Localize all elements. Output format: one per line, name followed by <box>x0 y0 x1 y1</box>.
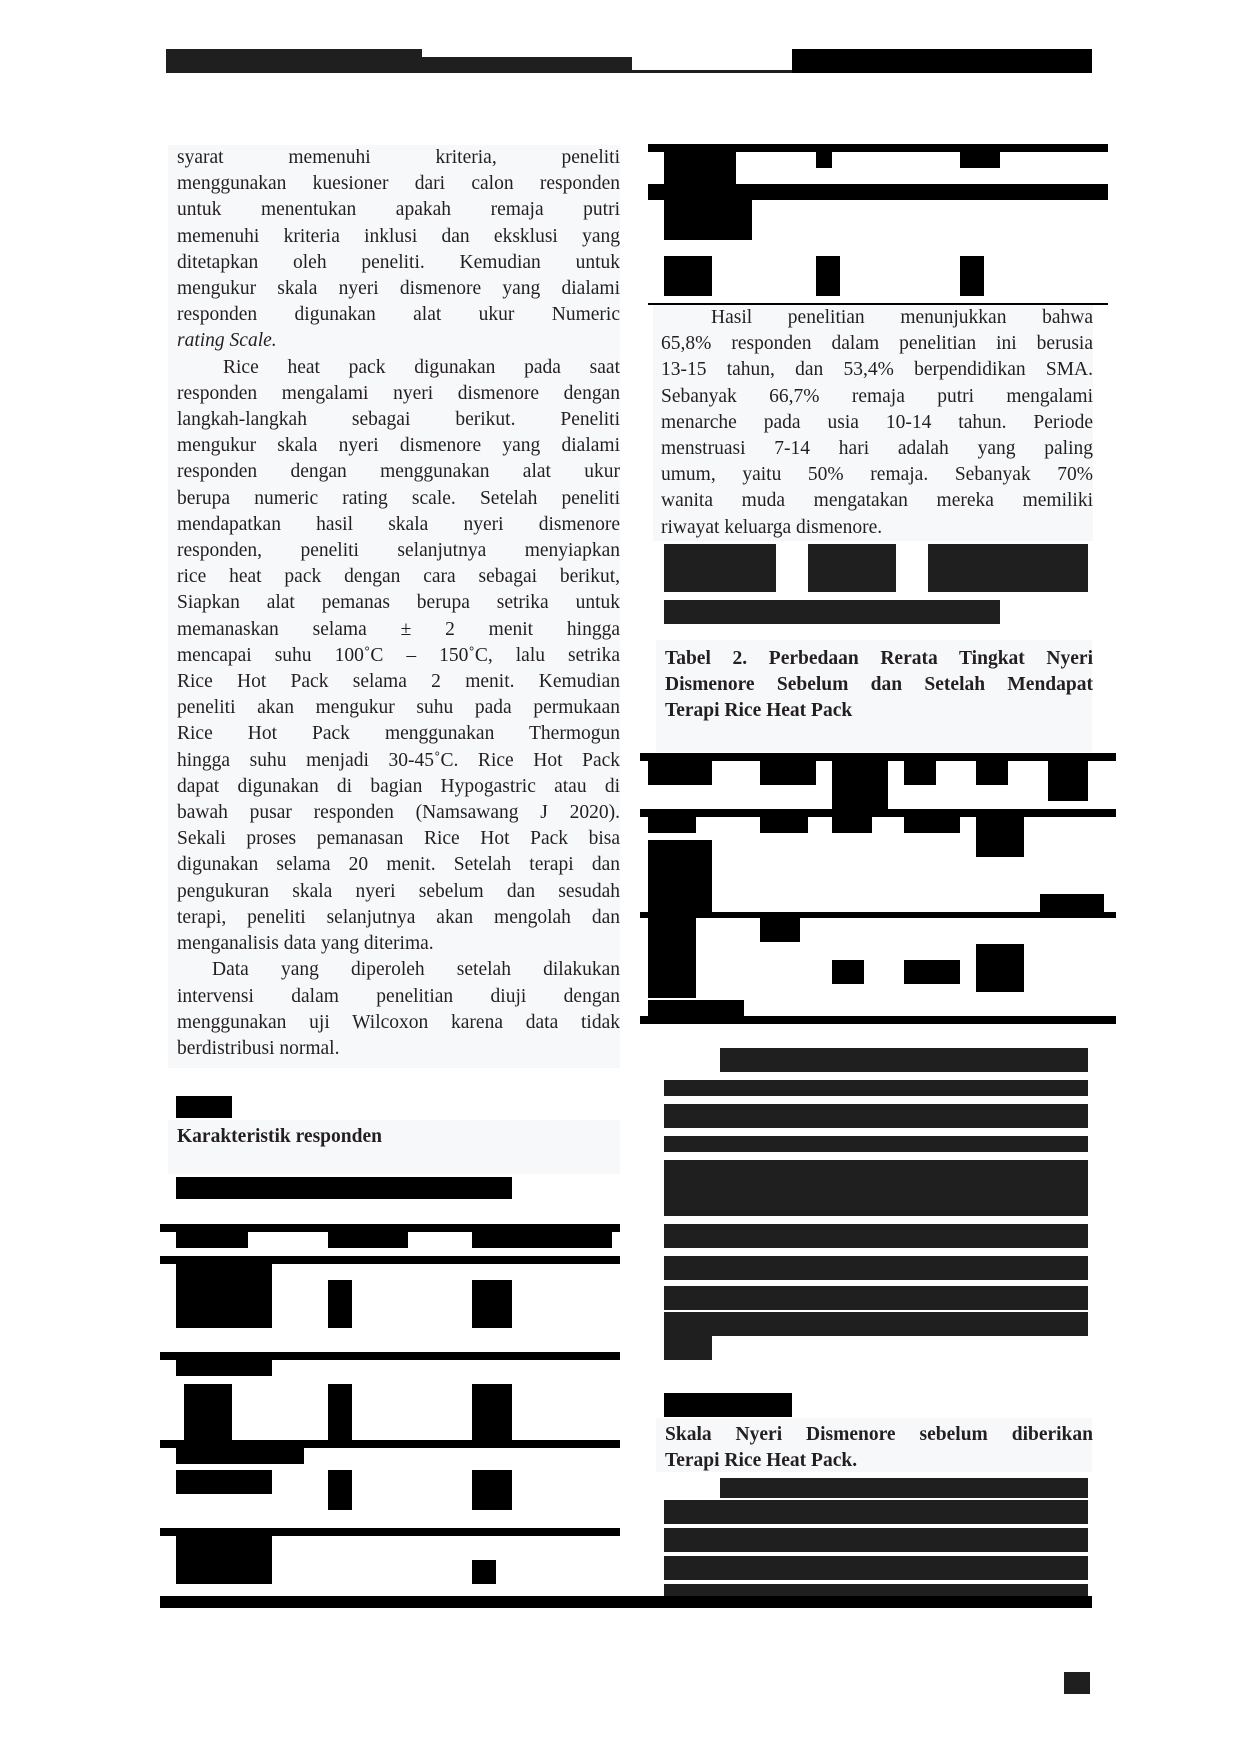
table-top-val-2 <box>960 256 984 296</box>
subheading-skala-nyeri: Skala Nyeri Dismenore sebelum diberikan … <box>665 1422 1093 1474</box>
table-top-rule <box>648 144 1108 152</box>
table-2-r1e <box>976 817 1024 857</box>
table-2-h2 <box>760 761 816 785</box>
redacted-para-line-2 <box>664 1080 1088 1096</box>
table-2-top-rule <box>640 753 1116 761</box>
table-1-header-col2 <box>328 1232 408 1248</box>
paragraph-methods-2: Rice heat pack digunakan pada saat respo… <box>177 355 620 958</box>
table-1-row3-label <box>176 1448 304 1464</box>
redacted-para-2-line-5 <box>664 1584 1088 1596</box>
redacted-para-2-line-1 <box>720 1478 1088 1498</box>
redacted-para-line-6 <box>664 1184 1088 1216</box>
table-2-r3d <box>904 960 960 984</box>
table-2-r1d <box>904 817 960 833</box>
table-2-bottom-rule <box>640 1016 1116 1024</box>
results-heading-redacted <box>176 1096 232 1118</box>
header-left-redacted-2 <box>422 57 632 73</box>
table-2-h4 <box>904 761 936 785</box>
table-2-r1c <box>832 817 872 833</box>
table-2-h6 <box>1048 761 1088 801</box>
table-1-row3-val2 <box>472 1470 512 1510</box>
table-top-cell-c <box>960 152 1000 168</box>
table-1-bottom-rule <box>160 1596 1092 1608</box>
redacted-para-line-1 <box>720 1048 1088 1072</box>
table-1-row1-val1 <box>328 1280 352 1328</box>
table-top-row-label-2 <box>664 256 712 296</box>
redacted-text-line-1c <box>928 544 1088 592</box>
table-1-row4-label <box>176 1536 272 1584</box>
table-2-h1 <box>648 761 712 785</box>
page-number-redacted <box>1064 1672 1090 1694</box>
table-1-caption-redacted <box>176 1177 512 1199</box>
redacted-para-2-line-2 <box>664 1500 1088 1524</box>
table-1-top-rule <box>160 1224 620 1232</box>
table-2-h3 <box>832 761 888 809</box>
table-1-row4-val2 <box>472 1560 496 1584</box>
redacted-para-line-7 <box>664 1224 1088 1248</box>
table-2-r4-label <box>648 1000 744 1016</box>
results-paragraph: Hasil penelitian menunjukkan bahwa 65,8%… <box>653 305 1093 541</box>
table-1-header-col3 <box>472 1232 612 1248</box>
table-1-row2-label <box>176 1360 272 1376</box>
redacted-text-line-1a <box>664 544 776 592</box>
redacted-para-line-9 <box>664 1286 1088 1310</box>
paragraph-methods-1: syarat memenuhi kriteria, peneliti mengg… <box>177 145 620 355</box>
redacted-text-line-2 <box>664 600 1000 624</box>
table-1-row3-val1 <box>328 1470 352 1510</box>
table-top-val-1 <box>816 256 840 296</box>
table-top-cell-b <box>816 152 832 168</box>
table-1-header-col1 <box>176 1232 248 1248</box>
header-underline <box>632 70 792 73</box>
table-1-row-rule-3 <box>160 1528 620 1536</box>
table-2-r3-label <box>648 918 696 998</box>
paragraph-methods-3: Data yang diperoleh setelah dilakukan in… <box>177 957 620 1062</box>
table-2-h5 <box>976 761 1008 785</box>
redacted-para-2-line-3 <box>664 1528 1088 1552</box>
left-column-body: syarat memenuhi kriteria, peneliti mengg… <box>168 145 620 1068</box>
table-2-r3e <box>976 944 1024 992</box>
table-1-row1-label <box>176 1264 272 1328</box>
table-top-header-rule <box>648 184 1108 200</box>
table-1-row3-sub <box>176 1470 272 1494</box>
table-1-row-rule-2 <box>160 1440 620 1448</box>
table-2-caption: Tabel 2. Perbedaan Rerata Tingkat Nyeri … <box>665 646 1093 724</box>
table-1-row-rule-1 <box>160 1352 620 1360</box>
discussion-heading-redacted <box>664 1393 792 1417</box>
table-1-row2-sub <box>184 1384 232 1440</box>
table-2-r2-label <box>648 840 712 912</box>
redacted-text-line-1b <box>808 544 896 592</box>
table-2-r3b <box>760 918 800 942</box>
header-right-redacted <box>792 49 1092 73</box>
table-1-row1-val2 <box>472 1280 512 1328</box>
subheading-karakteristik: Karakteristik responden <box>177 1124 382 1150</box>
table-1-row2-val1 <box>328 1384 352 1440</box>
table-1-header-rule <box>160 1256 620 1264</box>
redacted-para-line-3 <box>664 1104 1088 1128</box>
redacted-para-line-8 <box>664 1256 1088 1280</box>
table-2-r1a <box>648 817 696 833</box>
redacted-para-line-5 <box>664 1160 1088 1184</box>
redacted-para-line-4 <box>664 1136 1088 1152</box>
redacted-para-line-11 <box>664 1336 712 1360</box>
table-2-r3a <box>1040 894 1104 914</box>
header-left-redacted <box>166 49 422 73</box>
redacted-para-2-line-4 <box>664 1556 1088 1580</box>
table-1-row2-val2 <box>472 1384 512 1440</box>
table-top-row-label <box>664 200 752 240</box>
table-2-r1b <box>760 817 808 833</box>
redacted-para-line-10 <box>664 1312 1088 1336</box>
table-2-r3c <box>832 960 864 984</box>
table-2-header-rule <box>640 809 1116 817</box>
